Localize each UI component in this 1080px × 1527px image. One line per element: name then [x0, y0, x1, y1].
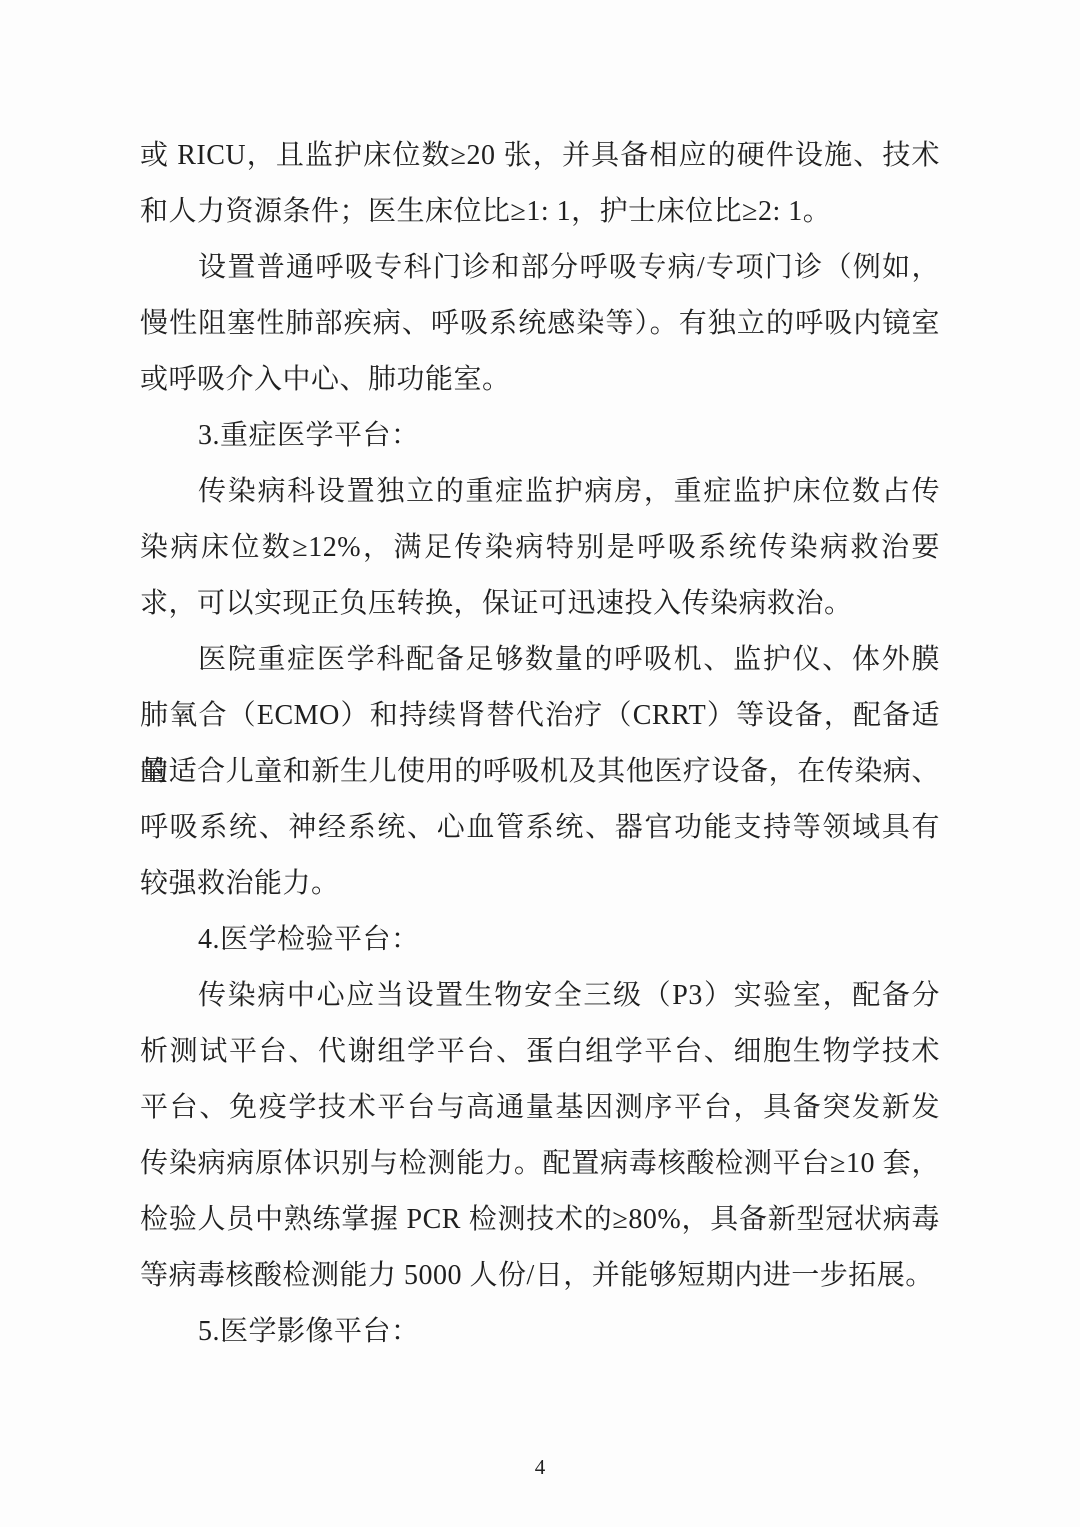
text-line: 呼吸系统、神经系统、心血管系统、器官功能支持等领域具有: [140, 800, 940, 856]
text-line: 4.医学检验平台：: [140, 912, 940, 968]
page-number: 4: [0, 1452, 1080, 1482]
text-line: 析测试平台、代谢组学平台、蛋白组学平台、细胞生物学技术: [140, 1024, 940, 1080]
text-line: 或呼吸介入中心、肺功能室。: [140, 352, 940, 408]
text-line: 染病床位数≥12%，满足传染病特别是呼吸系统传染病救治要: [140, 520, 940, 576]
text-line: 求，可以实现正负压转换，保证可迅速投入传染病救治。: [140, 576, 940, 632]
text-line: 和人力资源条件；医生床位比≥1: 1，护士床位比≥2: 1。: [140, 184, 940, 240]
text-line: 肺氧合（ECMO）和持续肾替代治疗（CRRT）等设备，配备适量: [140, 688, 940, 744]
text-line: 5.医学影像平台：: [140, 1304, 940, 1360]
text-line: 3.重症医学平台：: [140, 408, 940, 464]
text-line: 检验人员中熟练掌握 PCR 检测技术的≥80%，具备新型冠状病毒: [140, 1192, 940, 1248]
text-block: 或 RICU，且监护床位数≥20 张，并具备相应的硬件设施、技术和人力资源条件；…: [140, 128, 940, 1360]
text-line: 等病毒核酸检测能力 5000 人份/日，并能够短期内进一步拓展。: [140, 1248, 940, 1304]
text-line: 传染病病原体识别与检测能力。配置病毒核酸检测平台≥10 套，: [140, 1136, 940, 1192]
text-line: 较强救治能力。: [140, 856, 940, 912]
text-line: 的适合儿童和新生儿使用的呼吸机及其他医疗设备，在传染病、: [140, 744, 940, 800]
text-line: 设置普通呼吸专科门诊和部分呼吸专病/专项门诊（例如，: [140, 240, 940, 296]
document-page: 或 RICU，且监护床位数≥20 张，并具备相应的硬件设施、技术和人力资源条件；…: [0, 0, 1080, 1527]
text-line: 传染病中心应当设置生物安全三级（P3）实验室，配备分: [140, 968, 940, 1024]
text-line: 平台、免疫学技术平台与高通量基因测序平台，具备突发新发: [140, 1080, 940, 1136]
text-line: 慢性阻塞性肺部疾病、呼吸系统感染等）。有独立的呼吸内镜室: [140, 296, 940, 352]
text-line: 或 RICU，且监护床位数≥20 张，并具备相应的硬件设施、技术: [140, 128, 940, 184]
text-line: 传染病科设置独立的重症监护病房，重症监护床位数占传: [140, 464, 940, 520]
text-line: 医院重症医学科配备足够数量的呼吸机、监护仪、体外膜: [140, 632, 940, 688]
